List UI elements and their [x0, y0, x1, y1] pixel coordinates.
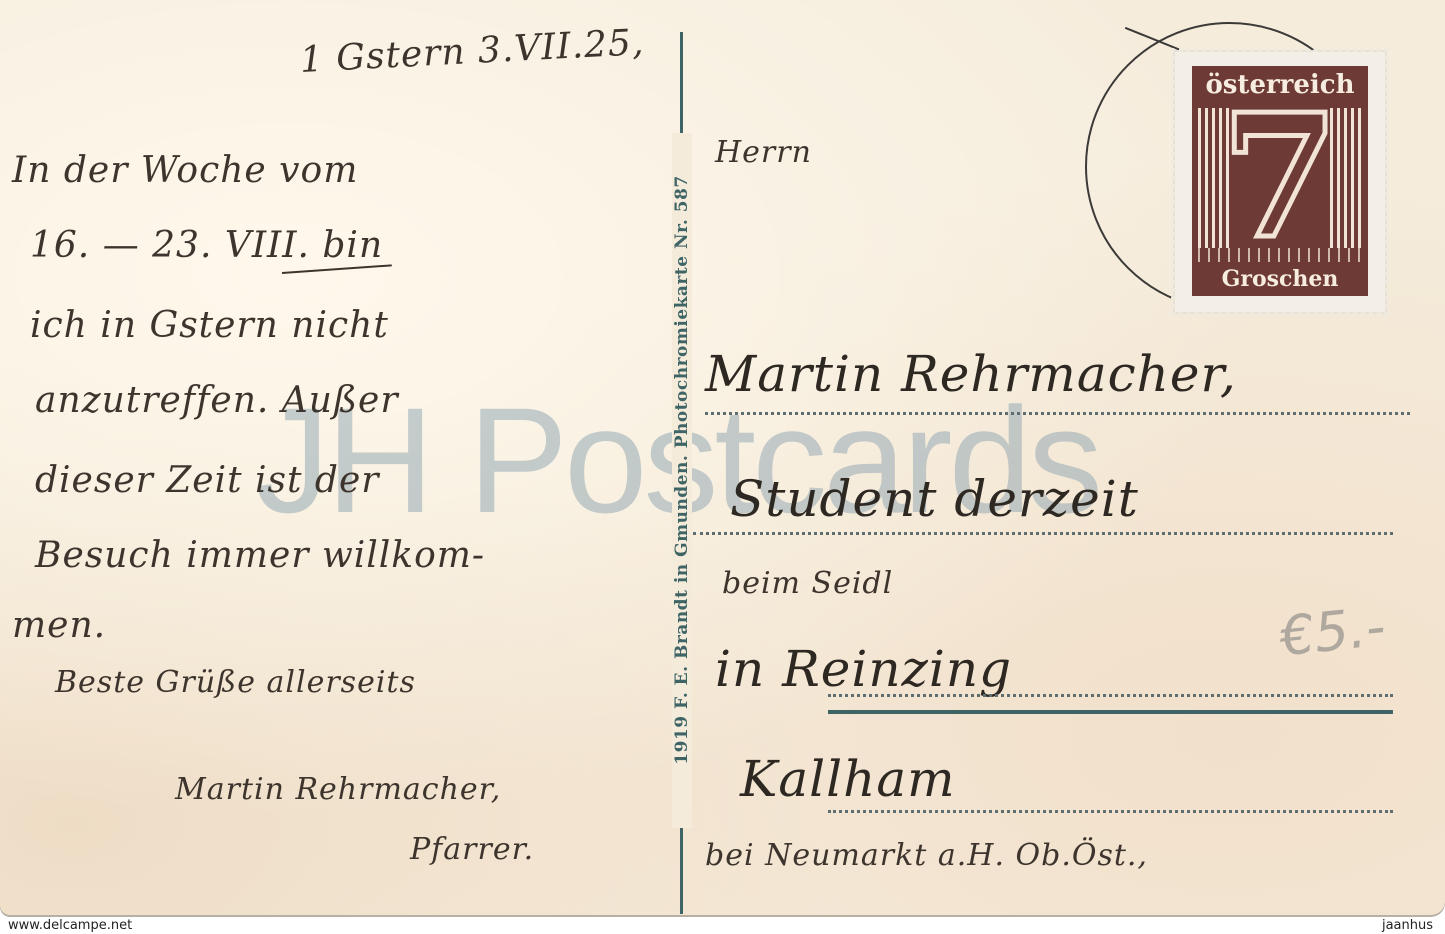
address-dotted-line: [828, 810, 1393, 813]
message-line: 16. — 23. VIII. bin: [30, 225, 383, 266]
stamp-face: 7 österreich Groschen: [1192, 66, 1368, 296]
closing-greeting: Beste Grüße allerseits: [55, 665, 416, 700]
publisher-imprint: 1919 F. E. Brandt in Gmunden. Photochrom…: [672, 175, 692, 764]
address-salutation: Herrn: [715, 135, 812, 170]
source-credit: www.delcampe.net: [8, 918, 132, 933]
message-line: Besuch immer willkom-: [35, 535, 485, 576]
stamp-ornament: [1198, 248, 1362, 262]
address-line-name: Martin Rehrmacher,: [705, 345, 1237, 403]
seller-credit: jaanhus: [1382, 918, 1433, 933]
address-dotted-line: [828, 694, 1393, 697]
address-dotted-line: [705, 412, 1410, 415]
address-line-region: bei Neumarkt a.H. Ob.Öst.,: [705, 838, 1148, 873]
stamp-value: 7: [1192, 92, 1368, 262]
address-line-care-of: beim Seidl: [722, 566, 893, 601]
address-line-occupation: Student derzeit: [730, 470, 1139, 528]
message-line: dieser Zeit ist der: [35, 460, 380, 501]
address-dotted-line: [693, 532, 1393, 535]
message-line: ich in Gstern nicht: [30, 305, 389, 346]
message-line: men.: [12, 605, 106, 646]
address-solid-line: [828, 710, 1393, 714]
signature-name: Martin Rehrmacher,: [175, 772, 501, 807]
message-line: In der Woche vom: [12, 150, 358, 191]
address-line-town: Kallham: [740, 750, 956, 808]
dateline: 1 Gstern 3.VII.25,: [299, 22, 645, 81]
address-line-place: in Reinzing: [715, 640, 1012, 698]
signature-title: Pfarrer.: [410, 832, 534, 867]
message-line: anzutreffen. Außer: [35, 380, 399, 421]
postage-stamp: 7 österreich Groschen: [1175, 52, 1385, 312]
stamp-country: österreich: [1192, 70, 1368, 100]
price-note: €5.-: [1277, 595, 1388, 669]
stamp-denomination: Groschen: [1192, 266, 1368, 292]
postcard-back: JH Postcards 1 Gstern 3.VII.25, In der W…: [0, 0, 1445, 915]
